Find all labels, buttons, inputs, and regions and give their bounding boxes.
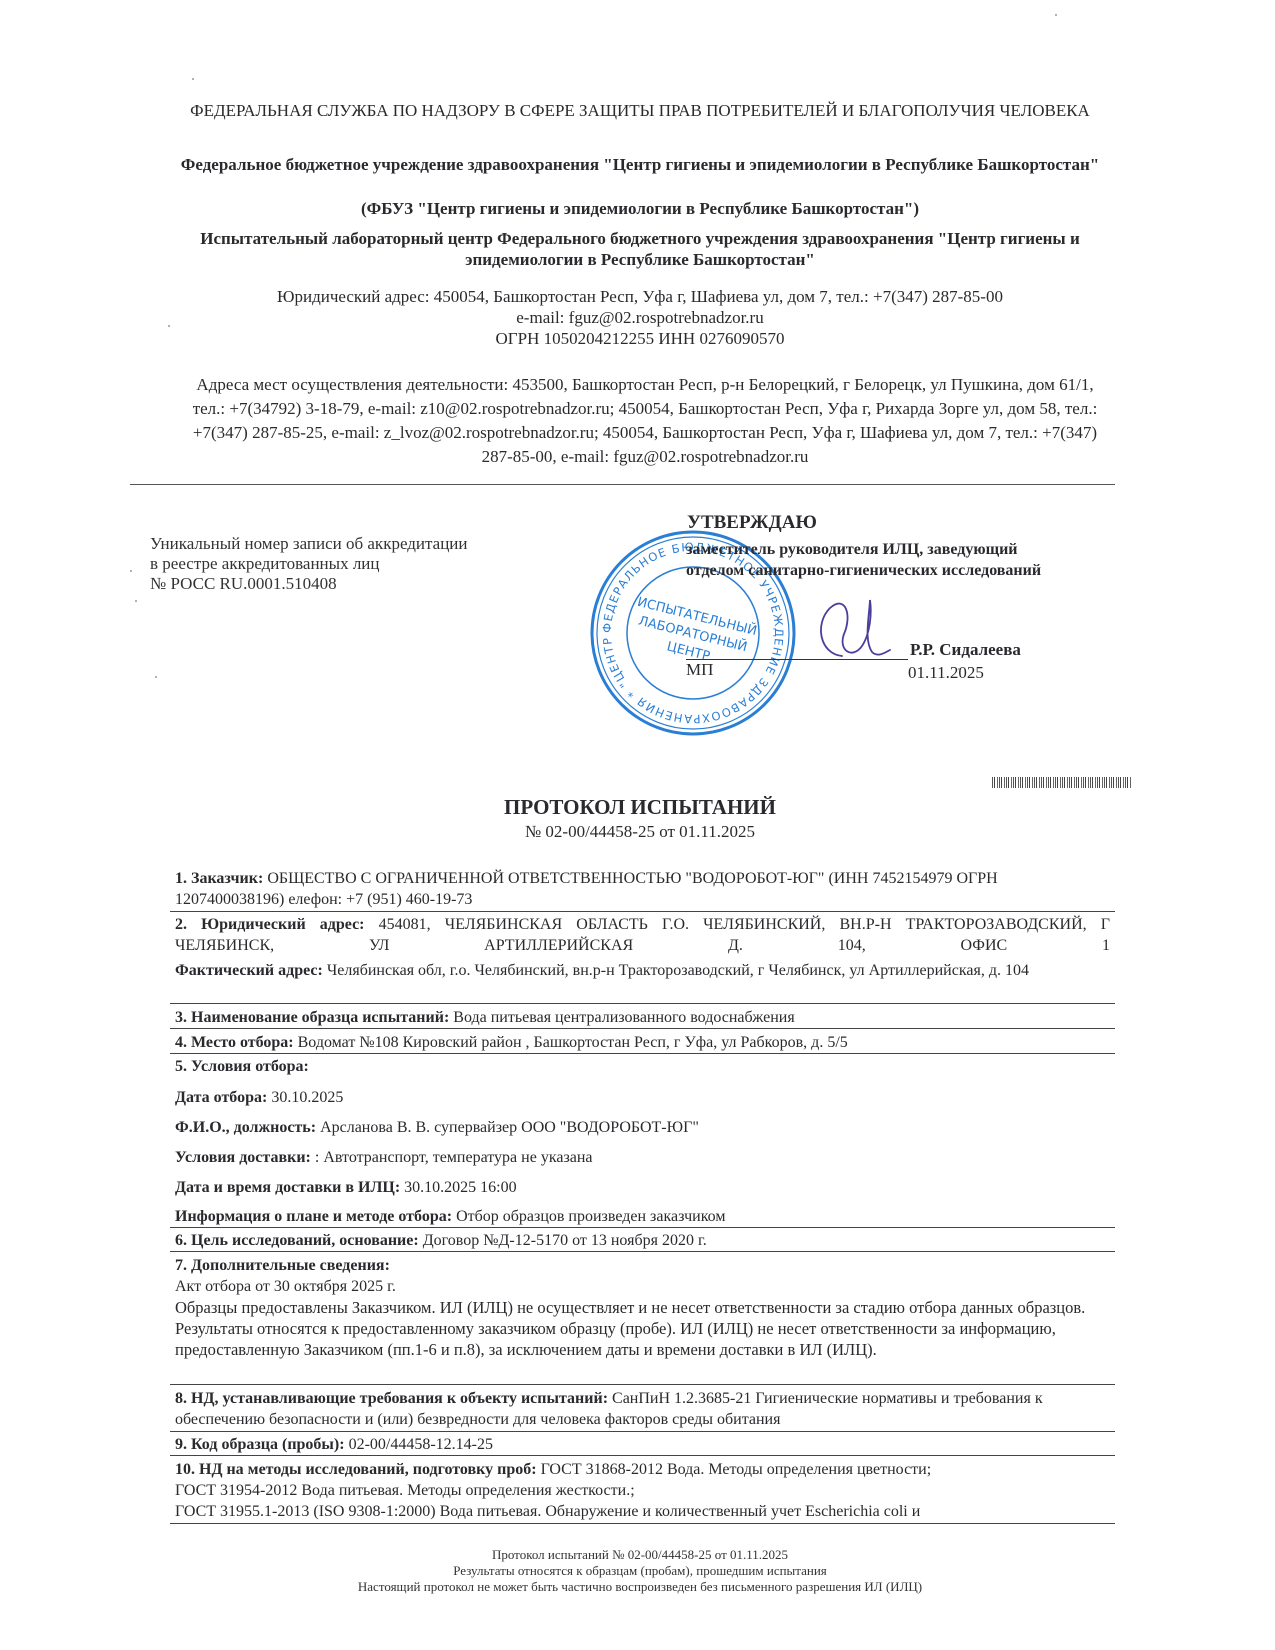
approver-title-line-2: отделом санитарно-гигиенических исследов… (686, 560, 1126, 581)
approval-date: 01.11.2025 (908, 663, 984, 683)
section-value: ОБЩЕСТВО С ОГРАНИЧЕННОЙ ОТВЕТСТВЕННОСТЬЮ… (175, 870, 998, 908)
footer-line-1: Протокол испытаний № 02-00/44458-25 от 0… (230, 1547, 1050, 1563)
section-additional-info: 7. Дополнительные сведения: Акт отбора о… (175, 1255, 1110, 1360)
divider (170, 1431, 1115, 1432)
footer-line-3: Настоящий протокол не может быть частичн… (230, 1579, 1050, 1595)
delivery-time-row: Дата и время доставки в ИЛЦ: 30.10.2025 … (175, 1177, 1110, 1198)
approver-title-line-1: заместитель руководителя ИЛЦ, заведующий (686, 539, 1126, 560)
barcode-icon (992, 777, 1132, 788)
section-value: Водомат №108 Кировский район , Башкортос… (298, 1034, 848, 1051)
field-label: Ф.И.О., должность: (175, 1119, 316, 1136)
signer-name: Р.Р. Сидалеева (910, 640, 1021, 660)
section-requirements: 8. НД, устанавливающие требования к объе… (175, 1388, 1110, 1430)
approver-title: заместитель руководителя ИЛЦ, заведующий… (686, 539, 1126, 581)
section-sampling-place: 4. Место отбора: Водомат №108 Кировский … (175, 1032, 1110, 1053)
additional-text: Образцы предоставлены Заказчиком. ИЛ (ИЛ… (175, 1297, 1110, 1360)
section-value: 02-00/44458-12.14-25 (349, 1436, 493, 1453)
section-customer: 1. Заказчик: ОБЩЕСТВО С ОГРАНИЧЕННОЙ ОТВ… (175, 868, 1110, 910)
protocol-number: № 02-00/44458-25 от 01.11.2025 (170, 822, 1110, 842)
accreditation-number: № РОСС RU.0001.510408 (150, 574, 550, 594)
field-label: Дата отбора: (175, 1089, 267, 1106)
delivery-conditions-row: Условия доставки: : Автотранспорт, темпе… (175, 1147, 1110, 1168)
legal-ids: ОГРН 1050204212255 ИНН 0276090570 (170, 328, 1110, 349)
scan-speck (135, 600, 137, 602)
method-line-1: ГОСТ 31868-2012 Вода. Методы определения… (541, 1461, 932, 1478)
method-line-2: ГОСТ 31954-2012 Вода питьевая. Методы оп… (175, 1480, 1110, 1501)
header-divider (130, 484, 1115, 485)
page-footer: Протокол испытаний № 02-00/44458-25 от 0… (230, 1547, 1050, 1595)
sample-date-row: Дата отбора: 30.10.2025 (175, 1087, 1110, 1108)
section-sample-code: 9. Код образца (пробы): 02-00/44458-12.1… (175, 1434, 1110, 1455)
field-label: Условия доставки: (175, 1149, 311, 1166)
section-label: 3. Наименование образца испытаний: (175, 1009, 449, 1026)
section-methods: 10. НД на методы исследований, подготовк… (175, 1459, 1110, 1522)
legal-address: Юридический адрес: 450054, Башкортостан … (170, 286, 1110, 307)
legal-info: Юридический адрес: 450054, Башкортостан … (170, 286, 1110, 349)
divider (170, 1251, 1115, 1252)
activity-addresses: Адреса мест осуществления деятельности: … (180, 373, 1110, 469)
section-purpose: 6. Цель исследований, основание: Договор… (175, 1230, 1110, 1251)
section-label: 10. НД на методы исследований, подготовк… (175, 1461, 537, 1478)
section-label: 2. Юридический адрес: (175, 916, 365, 933)
sampling-plan-row: Информация о плане и методе отбора: Отбо… (175, 1206, 1110, 1227)
agency-name: ФЕДЕРАЛЬНАЯ СЛУЖБА ПО НАДЗОРУ В СФЕРЕ ЗА… (170, 100, 1110, 121)
scan-speck (192, 78, 194, 80)
divider (170, 1384, 1115, 1385)
field-value: Арсланова В. В. супервайзер ООО "ВОДОРОБ… (320, 1119, 699, 1136)
approve-heading: УТВЕРЖДАЮ (687, 512, 817, 534)
section-value: Челябинская обл, г.о. Челябинский, вн.р-… (327, 962, 1029, 979)
method-line-3: ГОСТ 31955.1-2013 (ISO 9308-1:2000) Вода… (175, 1501, 1110, 1522)
field-label: Дата и время доставки в ИЛЦ: (175, 1179, 400, 1196)
section-label: 4. Место отбора: (175, 1034, 294, 1051)
field-label: Информация о плане и методе отбора: (175, 1208, 452, 1225)
divider (170, 1003, 1115, 1004)
section-label: 7. Дополнительные сведения: (175, 1257, 390, 1274)
accreditation-line-1: Уникальный номер записи об аккредитации (150, 534, 550, 554)
field-value: 30.10.2025 16:00 (404, 1179, 516, 1196)
field-value: 30.10.2025 (271, 1089, 343, 1106)
divider (170, 1053, 1115, 1054)
section-label: Фактический адрес: (175, 962, 323, 979)
protocol-title: ПРОТОКОЛ ИСПЫТАНИЙ (170, 795, 1110, 820)
section-label: 1. Заказчик: (175, 870, 263, 887)
divider (170, 1455, 1115, 1456)
section-value: Вода питьевая централизованного водоснаб… (453, 1009, 794, 1026)
section-sampling-conditions: 5. Условия отбора: (175, 1056, 1110, 1077)
divider (170, 911, 1115, 912)
section-sample-name: 3. Наименование образца испытаний: Вода … (175, 1007, 1110, 1028)
divider (170, 1227, 1115, 1228)
seal-label: МП (686, 660, 713, 680)
divider (170, 1028, 1115, 1029)
section-label: 8. НД, устанавливающие требования к объе… (175, 1390, 608, 1407)
scan-speck (155, 676, 157, 678)
sampler-row: Ф.И.О., должность: Арсланова В. В. супер… (175, 1117, 1110, 1138)
section-legal-address: 2. Юридический адрес: 454081, ЧЕЛЯБИНСКА… (175, 914, 1110, 956)
scan-speck (168, 325, 170, 327)
signature-line (686, 659, 908, 660)
scan-speck (130, 570, 132, 572)
field-value: Отбор образцов произведен заказчиком (456, 1208, 725, 1225)
lab-name: Испытательный лабораторный центр Федерал… (170, 228, 1110, 270)
accreditation-line-2: в реестре аккредитованных лиц (150, 554, 550, 574)
section-label: 6. Цель исследований, основание: (175, 1232, 419, 1249)
field-value: : Автотранспорт, температура не указана (315, 1149, 593, 1166)
institution-name: Федеральное бюджетное учреждение здравоо… (170, 154, 1110, 175)
section-actual-address: Фактический адрес: Челябинская обл, г.о.… (175, 960, 1110, 981)
institution-short-name: (ФБУЗ "Центр гигиены и эпидемиологии в Р… (170, 198, 1110, 219)
divider (170, 1523, 1115, 1524)
legal-email: e-mail: fguz@02.rospotrebnadzor.ru (170, 307, 1110, 328)
section-label: 9. Код образца (пробы): (175, 1436, 345, 1453)
accreditation-block: Уникальный номер записи об аккредитации … (150, 534, 550, 594)
sampling-act: Акт отбора от 30 октября 2025 г. (175, 1276, 1110, 1297)
scan-speck (1055, 14, 1057, 16)
section-value: Договор №Д-12-5170 от 13 ноября 2020 г. (423, 1232, 707, 1249)
section-label: 5. Условия отбора: (175, 1058, 309, 1075)
footer-line-2: Результаты относятся к образцам (пробам)… (230, 1563, 1050, 1579)
signature-icon (812, 594, 892, 672)
scan-speck (958, 668, 960, 670)
